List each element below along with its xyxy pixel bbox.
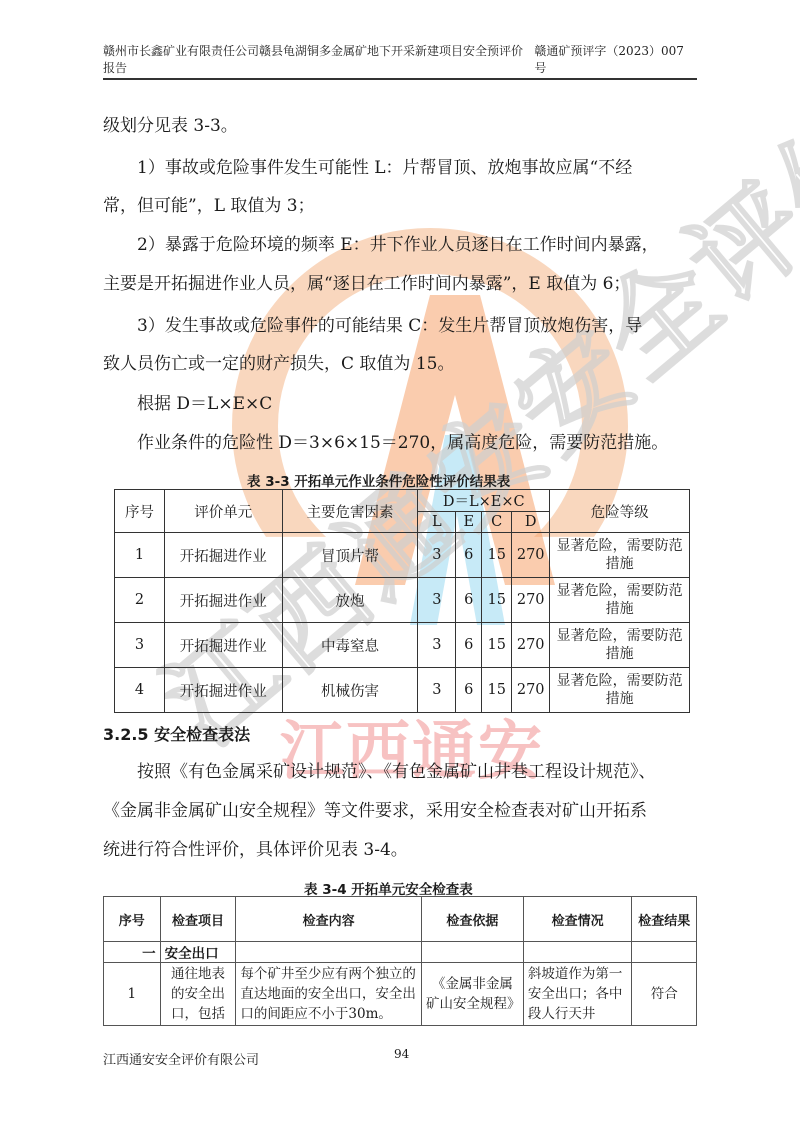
section-row: 一 安全出口 — [104, 942, 697, 963]
body-text-line: 2）暴露于危险环境的频率 E：井下作业人员逐日在工作时间内暴露， — [103, 235, 697, 255]
cell-unit: 开拓掘进作业 — [164, 533, 282, 578]
column-header: 检查内容 — [236, 897, 422, 942]
cell-c: 15 — [482, 668, 512, 713]
cell-d: 270 — [512, 668, 550, 713]
cell-level: 显著危险，需要防范措施 — [550, 533, 690, 578]
table-caption: 表 3-3 开拓单元作业条件危险性评价结果表 — [247, 470, 510, 490]
cell-d: 270 — [512, 578, 550, 623]
column-header: C — [482, 512, 512, 533]
column-header: 检查结果 — [632, 897, 697, 942]
column-header: D — [512, 512, 550, 533]
body-text-line: 统进行符合性评价，具体评价见表 3-4。 — [103, 840, 697, 860]
cell-l: 3 — [418, 578, 456, 623]
cell-status: 斜坡道作为第一安全出口；各中段人行天井 — [523, 963, 632, 1026]
body-text-line: 作业条件的危险性 D＝3×6×15＝270，属高度危险，需要防范措施。 — [103, 433, 697, 453]
table-row: 1 通往地表的安全出口，包括 每个矿井至少应有两个独立的直达地面的安全出口，安全… — [104, 963, 697, 1026]
cell-c: 15 — [482, 623, 512, 668]
cell-level: 显著危险，需要防范措施 — [550, 668, 690, 713]
cell-c: 15 — [482, 533, 512, 578]
safety-checklist-table: 序号 检查项目 检查内容 检查依据 检查情况 检查结果 一 安全出口 1 通往地… — [103, 896, 697, 1026]
cell-hazard: 中毒窒息 — [282, 623, 418, 668]
cell-hazard: 冒顶片帮 — [282, 533, 418, 578]
table-caption: 表 3-4 开拓单元安全检查表 — [304, 878, 473, 898]
table-row: 1 开拓掘进作业 冒顶片帮 3 6 15 270 显著危险，需要防范措施 — [115, 533, 690, 578]
header-title: 赣州市长鑫矿业有限责任公司赣县龟湖铜多金属矿地下开采新建项目安全预评价报告 — [103, 42, 534, 76]
body-text-line: 3）发生事故或危险事件的可能结果 C：发生片帮冒顶放炮伤害，导 — [103, 316, 697, 336]
table-row: 3 开拓掘进作业 中毒窒息 3 6 15 270 显著危险，需要防范措施 — [115, 623, 690, 668]
cell-item: 通往地表的安全出口，包括 — [160, 963, 236, 1026]
section-heading: 3.2.5 安全检查表法 — [103, 722, 250, 745]
cell-l: 3 — [418, 668, 456, 713]
column-header: 序号 — [104, 897, 161, 942]
cell-content: 每个矿井至少应有两个独立的直达地面的安全出口，安全出口的间距应不小于30m。 — [236, 963, 422, 1026]
page-number: 94 — [394, 1047, 409, 1061]
column-header: 检查项目 — [160, 897, 236, 942]
cell-unit: 开拓掘进作业 — [164, 623, 282, 668]
section-index: 一 — [104, 942, 161, 963]
cell-basis: 《金属非金属矿山安全规程》 — [421, 963, 523, 1026]
column-header: D＝L×E×C — [418, 490, 550, 512]
cell-e: 6 — [456, 578, 482, 623]
cell-no: 1 — [115, 533, 165, 578]
cell-d: 270 — [512, 533, 550, 578]
body-text-line: 致人员伤亡或一定的财产损失，C 取值为 15。 — [103, 354, 697, 374]
section-name: 安全出口 — [160, 942, 236, 963]
column-header: 危险等级 — [550, 490, 690, 533]
cell-e: 6 — [456, 533, 482, 578]
body-text-line: 《金属非金属矿山安全规程》等文件要求，采用安全检查表对矿山开拓系 — [103, 801, 697, 821]
page-header: 赣州市长鑫矿业有限责任公司赣县龟湖铜多金属矿地下开采新建项目安全预评价报告 赣通… — [103, 56, 697, 80]
cell-level: 显著危险，需要防范措施 — [550, 623, 690, 668]
column-header: L — [418, 512, 456, 533]
body-text-line: 常，但可能”，L 取值为 3； — [103, 196, 697, 216]
cell-hazard: 机械伤害 — [282, 668, 418, 713]
body-text-line: 按照《有色金属采矿设计规范》、《有色金属矿山井巷工程设计规范》、 — [103, 762, 697, 782]
cell-unit: 开拓掘进作业 — [164, 668, 282, 713]
cell-l: 3 — [418, 533, 456, 578]
formula-line: 根据 D＝L×E×C — [103, 394, 697, 414]
column-header: 序号 — [115, 490, 165, 533]
table-row: 2 开拓掘进作业 放炮 3 6 15 270 显著危险，需要防范措施 — [115, 578, 690, 623]
cell-hazard: 放炮 — [282, 578, 418, 623]
column-header: E — [456, 512, 482, 533]
cell-d: 270 — [512, 623, 550, 668]
cell-level: 显著危险，需要防范措施 — [550, 578, 690, 623]
cell-e: 6 — [456, 623, 482, 668]
footer-company: 江西通安安全评价有限公司 — [103, 1049, 259, 1068]
cell-no: 3 — [115, 623, 165, 668]
column-header: 主要危害因素 — [282, 490, 418, 533]
body-text-line: 主要是开拓掘进作业人员，属“逐日在工作时间内暴露”，E 取值为 6； — [103, 274, 697, 294]
cell-l: 3 — [418, 623, 456, 668]
cell-no: 2 — [115, 578, 165, 623]
body-text-line: 1）事故或危险事件发生可能性 L：片帮冒顶、放炮事故应属“不经 — [103, 158, 697, 178]
cell-unit: 开拓掘进作业 — [164, 578, 282, 623]
cell-c: 15 — [482, 578, 512, 623]
column-header: 评价单元 — [164, 490, 282, 533]
risk-evaluation-table: 序号 评价单元 主要危害因素 D＝L×E×C 危险等级 L E C D 1 开拓… — [114, 489, 690, 713]
document-page: 江西通安安全评价有限公司 江西通安 赣州市长鑫矿业有限责任公司赣县龟湖铜多金属矿… — [0, 0, 800, 1131]
header-ref: 赣通矿预评字（2023）007 号 — [534, 42, 695, 76]
cell-e: 6 — [456, 668, 482, 713]
table-row: 4 开拓掘进作业 机械伤害 3 6 15 270 显著危险，需要防范措施 — [115, 668, 690, 713]
body-text-line: 级划分见表 3-3。 — [103, 116, 697, 136]
cell-result: 符合 — [632, 963, 697, 1026]
cell-no: 1 — [104, 963, 161, 1026]
column-header: 检查情况 — [523, 897, 632, 942]
cell-no: 4 — [115, 668, 165, 713]
column-header: 检查依据 — [421, 897, 523, 942]
